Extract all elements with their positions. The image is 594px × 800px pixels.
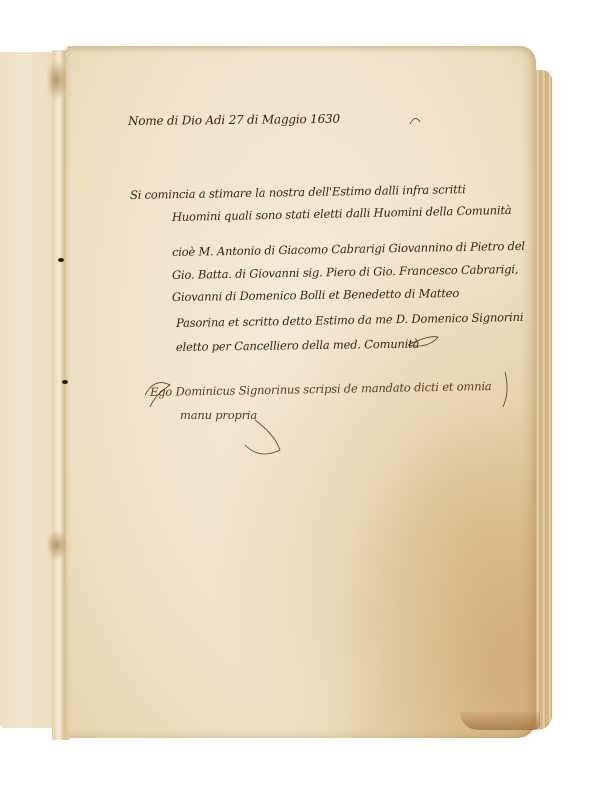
manuscript-line: eletto per Cancelliero della med. Comuni… bbox=[176, 337, 419, 354]
manuscript-line: Gio. Batta. di Giovanni sig. Piero di Gi… bbox=[172, 262, 518, 282]
signature-line: Ego Dominicus Signorinus scripsi de mand… bbox=[150, 379, 492, 399]
manuscript-line: cioè M. Antonio di Giacomo Cabrarigi Gio… bbox=[172, 239, 525, 259]
manuscript-line: Si comincia a stimare la nostra dell'Est… bbox=[130, 182, 466, 202]
manuscript-heading: Nome di Dio Adi 27 di Maggio 1630 bbox=[128, 112, 340, 128]
manuscript-line: Pasorina et scritto detto Estimo da me D… bbox=[176, 310, 524, 330]
handwritten-text: Nome di Dio Adi 27 di Maggio 1630 Si com… bbox=[0, 0, 594, 800]
manuscript-photo: Nome di Dio Adi 27 di Maggio 1630 Si com… bbox=[0, 0, 594, 800]
manuscript-line: Giovanni di Domenico Bolli et Benedetto … bbox=[172, 286, 459, 304]
signature-line: manu propria bbox=[180, 408, 257, 422]
manuscript-line: Huomini quali sono stati eletti dalli Hu… bbox=[172, 203, 512, 224]
